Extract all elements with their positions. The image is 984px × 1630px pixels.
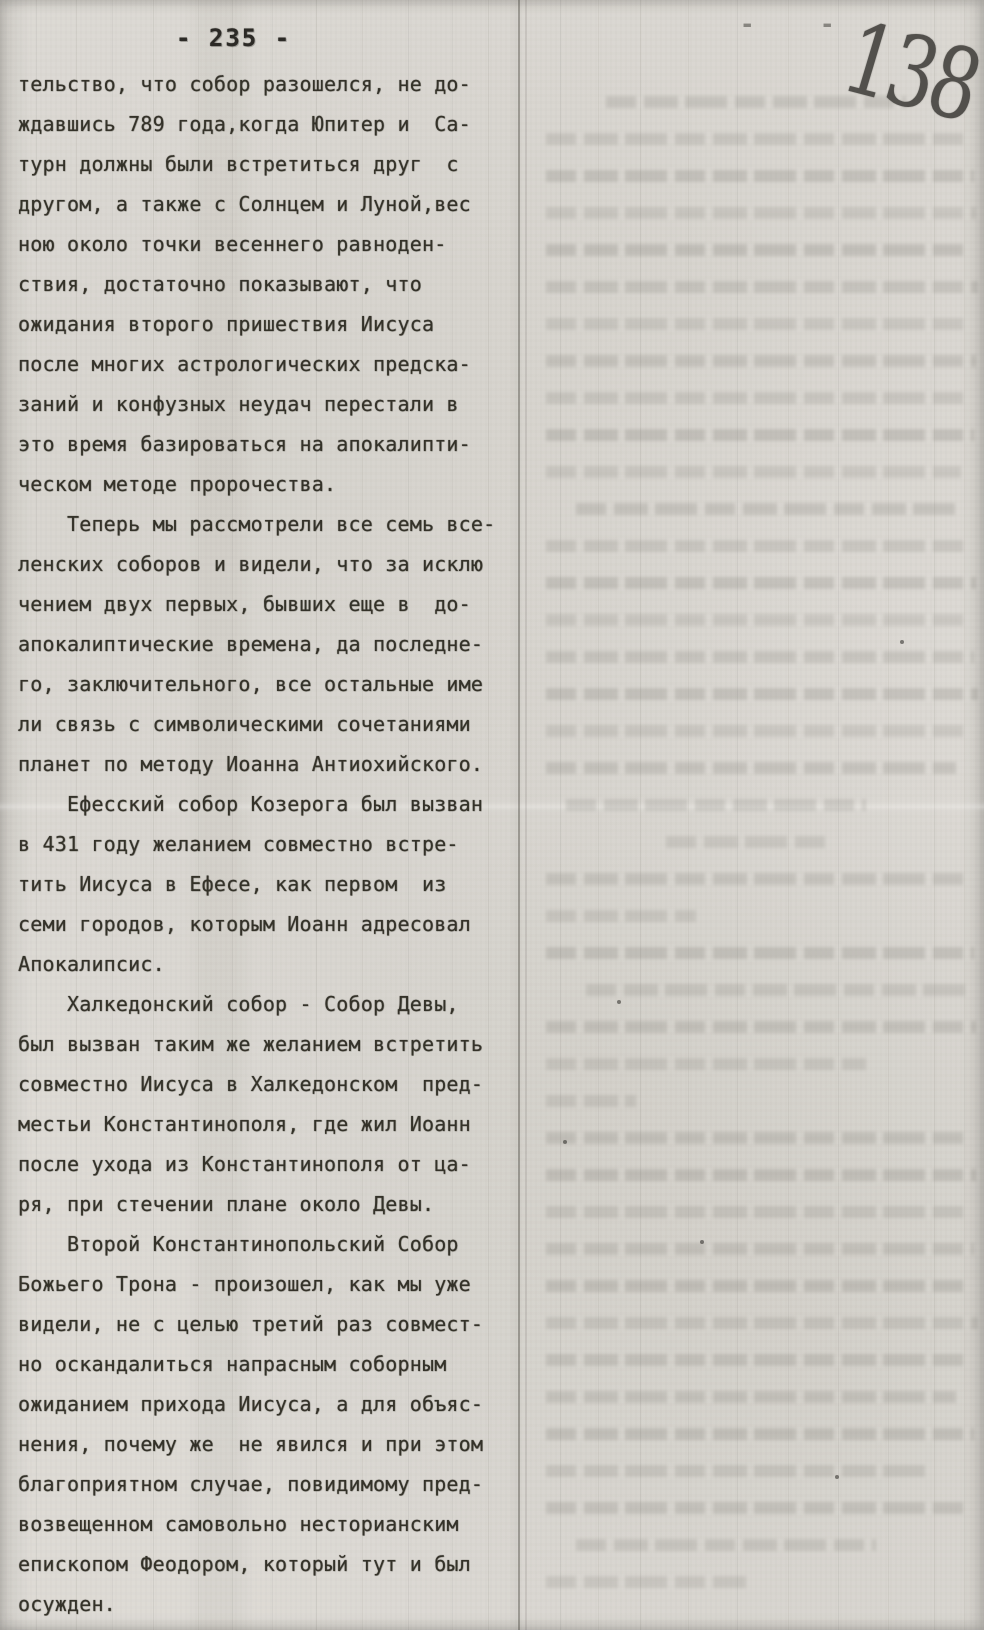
text-line: ною около точки весеннего равноден-: [18, 224, 543, 264]
text-line: ря, при стечении плане около Девы.: [18, 1184, 543, 1224]
faint-text-line: [546, 1354, 971, 1366]
text-line: нения, почему же не явился и при этом: [18, 1424, 543, 1464]
text-line: епископом Феодором, который тут и был: [18, 1544, 543, 1584]
faint-text-line: [546, 1169, 976, 1181]
text-line: был вызван таким же желанием встретить: [18, 1024, 543, 1064]
faint-text-line: [546, 873, 966, 885]
faint-text-line: [546, 318, 964, 330]
text-line: но оскандалиться напрасным соборным: [18, 1344, 543, 1384]
faint-text-line: [666, 836, 826, 848]
text-line: турн должны были встретиться друг с: [18, 144, 543, 184]
ghost-page-number-dash: -: [740, 10, 754, 38]
text-line: Апокалипсис.: [18, 944, 543, 984]
faint-text-line: [546, 170, 974, 182]
text-line: го, заключительного, все остальные име: [18, 664, 543, 704]
ghost-page-number-dash: -: [820, 10, 834, 38]
text-line: другом, а также с Солнцем и Луной,вес: [18, 184, 543, 224]
faint-text-line: [546, 244, 971, 256]
faint-text-line: [576, 1539, 876, 1551]
text-line: осужден.: [18, 1584, 543, 1624]
faint-text-line: [546, 1021, 976, 1033]
faint-text-line: [546, 1243, 974, 1255]
text-line: это время базироваться на апокалипти-: [18, 424, 543, 464]
faint-text-line: [546, 1132, 971, 1144]
text-line: ожидания второго пришествия Иисуса: [18, 304, 543, 344]
text-line: ческом методе пророчества.: [18, 464, 543, 504]
page-number: - 235 -: [176, 24, 291, 52]
text-line: ожиданием прихода Иисуса, а для объяс-: [18, 1384, 543, 1424]
text-line: Халкедонский собор - Собор Девы,: [18, 984, 543, 1024]
text-line: после многих астрологических предска-: [18, 344, 543, 384]
text-line: в 431 году желанием совместно встре-: [18, 824, 543, 864]
faint-text-line: [546, 540, 971, 552]
page-fold-line: [518, 0, 520, 1630]
faint-text-line: [576, 503, 956, 515]
faint-text-line: [546, 1465, 926, 1477]
text-line: благоприятном случае, повидимому пред-: [18, 1464, 543, 1504]
faint-text-line: [546, 577, 976, 589]
faint-text-line: [546, 651, 974, 663]
faint-text-line: [546, 207, 976, 219]
left-page-text: тельство, что собор разошелся, не до-жда…: [18, 64, 543, 1624]
faint-text-line: [546, 429, 974, 441]
faint-text-line: [546, 133, 966, 145]
faint-text-line: [546, 947, 974, 959]
text-line: Теперь мы рассмотрели все семь все-: [18, 504, 543, 544]
text-line: Ефесский собор Козерога был вызван: [18, 784, 543, 824]
faint-text-line: [546, 614, 966, 626]
faint-text-line: [546, 1576, 746, 1588]
faint-text-line: [546, 688, 978, 700]
text-line: Божьего Трона - произошел, как мы уже: [18, 1264, 543, 1304]
text-line: ждавшись 789 года,когда Юпитер и Са-: [18, 104, 543, 144]
text-line: чением двух первых, бывших еще в до-: [18, 584, 543, 624]
text-line: после ухода из Константинополя от ца-: [18, 1144, 543, 1184]
faint-text-line: [546, 355, 976, 367]
text-line: тельство, что собор разошелся, не до-: [18, 64, 543, 104]
text-line: совместно Иисуса в Халкедонском пред-: [18, 1064, 543, 1104]
faint-text-line: [546, 392, 968, 404]
faint-text-line: [546, 1317, 978, 1329]
faint-text-line: [546, 281, 978, 293]
text-line: тить Иисуса в Ефесе, как первом из: [18, 864, 543, 904]
text-line: видели, не с целью третий раз совмест-: [18, 1304, 543, 1344]
faint-text-line: [546, 466, 961, 478]
text-line: местьи Константинополя, где жил Иоанн: [18, 1104, 543, 1144]
faint-text-line: [546, 1391, 956, 1403]
text-line: апокалиптические времена, да последне-: [18, 624, 543, 664]
faint-text-line: [546, 1058, 866, 1070]
faint-text-line: [546, 1206, 964, 1218]
faint-text-line: [546, 1502, 971, 1514]
faint-text-line: [546, 725, 971, 737]
text-line: Второй Константинопольский Собор: [18, 1224, 543, 1264]
faint-text-line: [606, 96, 906, 108]
faint-text-line: [546, 910, 696, 922]
faint-text-line: [546, 1280, 966, 1292]
text-line: ленских соборов и видели, что за исклю: [18, 544, 543, 584]
right-page-faint-text: [546, 96, 978, 1613]
text-line: возвещенном самовольно несторианским: [18, 1504, 543, 1544]
text-line: ствия, достаточно показывают, что: [18, 264, 543, 304]
text-line: планет по методу Иоанна Антиохийского.: [18, 744, 543, 784]
faint-text-line: [586, 984, 966, 996]
text-line: семи городов, которым Иоанн адресовал: [18, 904, 543, 944]
faint-text-line: [566, 799, 866, 811]
text-line: заний и конфузных неудач перестали в: [18, 384, 543, 424]
faint-text-line: [546, 762, 956, 774]
faint-text-line: [546, 1095, 636, 1107]
scanned-document-page: - 235 - 138 - - тельство, что собор разо…: [0, 0, 984, 1630]
text-line: ли связь с символическими сочетаниями: [18, 704, 543, 744]
faint-text-line: [546, 1428, 974, 1440]
